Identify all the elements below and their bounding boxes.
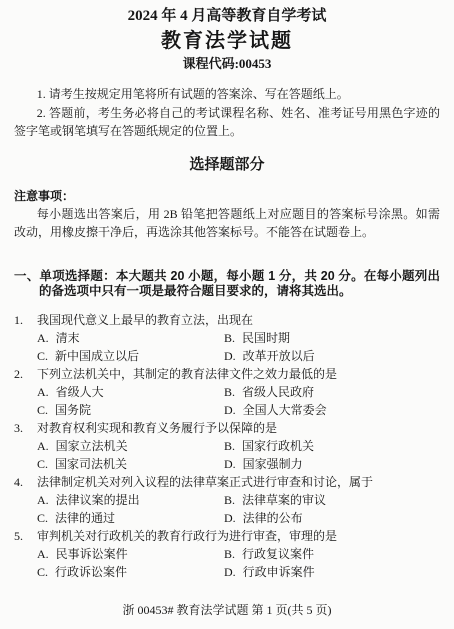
question-text: 审判机关对行政机关的教育行政行为进行审查，审理的是	[37, 527, 440, 545]
option-d: D.法律的公布	[224, 509, 440, 527]
question-line: 4. 法律制定机关对列入议程的法律草案正式进行审查和讨论，属于	[14, 473, 440, 491]
option-text: 国家司法机关	[55, 457, 127, 471]
option-c: C.国务院	[37, 401, 224, 419]
option-text: 行政诉讼案件	[55, 565, 127, 579]
option-label: D.	[224, 565, 236, 579]
option-grid: A.省级人大 B.省级人民政府 C.国务院 D.全国人大常委会	[37, 383, 440, 419]
option-label: B.	[224, 493, 235, 507]
option-text: 国家强制力	[243, 457, 303, 471]
notice-title: 注意事项：	[14, 187, 440, 205]
course-code: 课程代码:00453	[14, 56, 440, 72]
notice-section: 注意事项： 每小题选出答案后，用 2B 铅笔把答题纸上对应题目的答案标号涂黑。如…	[14, 187, 440, 242]
question-2: 2. 下列立法机关中，其制定的教育法律文件之效力最低的是 A.省级人大 B.省级…	[14, 365, 440, 419]
question-number: 5.	[14, 527, 37, 545]
instruction-item-2: 2. 答题前，考生务必将自己的考试课程名称、姓名、准考证号用黑色字迹的签字笔或钢…	[14, 104, 440, 141]
option-a: A.国家立法机关	[37, 437, 224, 455]
document-header: 2024 年 4 月高等教育自学考试 教育法学试题 课程代码:00453	[14, 0, 440, 72]
option-label: C.	[37, 511, 48, 525]
exam-title: 教育法学试题	[14, 29, 440, 53]
option-label: A.	[37, 547, 49, 561]
option-label: A.	[37, 331, 49, 345]
question-line: 2. 下列立法机关中，其制定的教育法律文件之效力最低的是	[14, 365, 440, 383]
option-a: A.清末	[37, 329, 224, 347]
question-line: 1. 我国现代意义上最早的教育立法，出现在	[14, 311, 440, 329]
option-text: 行政申诉案件	[243, 565, 315, 579]
option-d: D.改革开放以后	[224, 347, 440, 365]
option-text: 国家立法机关	[56, 439, 128, 453]
option-b: B.法律草案的审议	[224, 491, 440, 509]
option-label: B.	[224, 439, 235, 453]
option-b: B.国家行政机关	[224, 437, 440, 455]
option-a: A.省级人大	[37, 383, 224, 401]
option-label: D.	[224, 457, 236, 471]
option-text: 国家行政机关	[242, 439, 314, 453]
option-grid: A.清末 B.民国时期 C.新中国成立以后 D.改革开放以后	[37, 329, 440, 365]
option-label: B.	[224, 331, 235, 345]
option-label: A.	[37, 385, 49, 399]
question-1: 1. 我国现代意义上最早的教育立法，出现在 A.清末 B.民国时期 C.新中国成…	[14, 311, 440, 365]
option-text: 法律的公布	[243, 511, 303, 525]
option-label: D.	[224, 403, 236, 417]
option-text: 全国人大常委会	[243, 403, 327, 417]
option-text: 改革开放以后	[243, 349, 315, 363]
option-a: A.法律议案的提出	[37, 491, 224, 509]
option-label: B.	[224, 547, 235, 561]
option-grid: A.民事诉讼案件 B.行政复议案件 C.行政诉讼案件 D.行政申诉案件	[37, 545, 440, 581]
option-c: C.行政诉讼案件	[37, 563, 224, 581]
question-4: 4. 法律制定机关对列入议程的法律草案正式进行审查和讨论，属于 A.法律议案的提…	[14, 473, 440, 527]
option-b: B.民国时期	[224, 329, 440, 347]
option-text: 民国时期	[242, 331, 290, 345]
option-text: 法律草案的审议	[242, 493, 326, 507]
part-title: 选择题部分	[14, 155, 440, 174]
option-text: 法律的通过	[55, 511, 115, 525]
question-number: 3.	[14, 419, 37, 437]
question-line: 5. 审判机关对行政机关的教育行政行为进行审查，审理的是	[14, 527, 440, 545]
option-grid: A.国家立法机关 B.国家行政机关 C.国家司法机关 D.国家强制力	[37, 437, 440, 473]
option-label: D.	[224, 511, 236, 525]
option-text: 省级人大	[56, 385, 104, 399]
question-text: 我国现代意义上最早的教育立法，出现在	[37, 311, 440, 329]
page-footer: 浙 00453# 教育法学试题 第 1 页(共 5 页)	[0, 603, 454, 618]
question-text: 对教育权利实现和教育义务履行予以保障的是	[37, 419, 440, 437]
option-d: D.国家强制力	[224, 455, 440, 473]
option-label: C.	[37, 457, 48, 471]
question-number: 2.	[14, 365, 37, 383]
option-c: C.新中国成立以后	[37, 347, 224, 365]
option-b: B.行政复议案件	[224, 545, 440, 563]
option-text: 省级人民政府	[242, 385, 314, 399]
section-one-heading: 一、单项选择题：本大题共 20 小题，每小题 1 分，共 20 分。在每小题列出…	[14, 269, 440, 299]
option-text: 新中国成立以后	[55, 349, 139, 363]
option-c: C.法律的通过	[37, 509, 224, 527]
option-c: C.国家司法机关	[37, 455, 224, 473]
option-text: 法律议案的提出	[56, 493, 140, 507]
question-3: 3. 对教育权利实现和教育义务履行予以保障的是 A.国家立法机关 B.国家行政机…	[14, 419, 440, 473]
option-grid: A.法律议案的提出 B.法律草案的审议 C.法律的通过 D.法律的公布	[37, 491, 440, 527]
question-number: 1.	[14, 311, 37, 329]
option-text: 民事诉讼案件	[56, 547, 128, 561]
notice-body: 每小题选出答案后，用 2B 铅笔把答题纸上对应题目的答案标号涂黑。如需改动，用橡…	[14, 205, 440, 242]
option-label: A.	[37, 493, 49, 507]
question-5: 5. 审判机关对行政机关的教育行政行为进行审查，审理的是 A.民事诉讼案件 B.…	[14, 527, 440, 581]
option-label: B.	[224, 385, 235, 399]
exam-session-title: 2024 年 4 月高等教育自学考试	[14, 7, 440, 26]
question-number: 4.	[14, 473, 37, 491]
option-b: B.省级人民政府	[224, 383, 440, 401]
option-label: C.	[37, 403, 48, 417]
instruction-item-1: 1. 请考生按规定用笔将所有试题的答案涂、写在答题纸上。	[14, 85, 440, 104]
option-text: 国务院	[55, 403, 91, 417]
option-label: C.	[37, 565, 48, 579]
option-a: A.民事诉讼案件	[37, 545, 224, 563]
question-line: 3. 对教育权利实现和教育义务履行予以保障的是	[14, 419, 440, 437]
general-instructions: 1. 请考生按规定用笔将所有试题的答案涂、写在答题纸上。 2. 答题前，考生务必…	[14, 85, 440, 141]
option-text: 清末	[56, 331, 80, 345]
option-text: 行政复议案件	[242, 547, 314, 561]
question-list: 1. 我国现代意义上最早的教育立法，出现在 A.清末 B.民国时期 C.新中国成…	[14, 311, 440, 581]
option-d: D.全国人大常委会	[224, 401, 440, 419]
question-text: 法律制定机关对列入议程的法律草案正式进行审查和讨论，属于	[37, 473, 440, 491]
option-label: A.	[37, 439, 49, 453]
option-label: C.	[37, 349, 48, 363]
option-label: D.	[224, 349, 236, 363]
exam-paper-page: { "header": { "exam_session": "2024 年 4 …	[0, 0, 454, 629]
option-d: D.行政申诉案件	[224, 563, 440, 581]
question-text: 下列立法机关中，其制定的教育法律文件之效力最低的是	[37, 365, 440, 383]
